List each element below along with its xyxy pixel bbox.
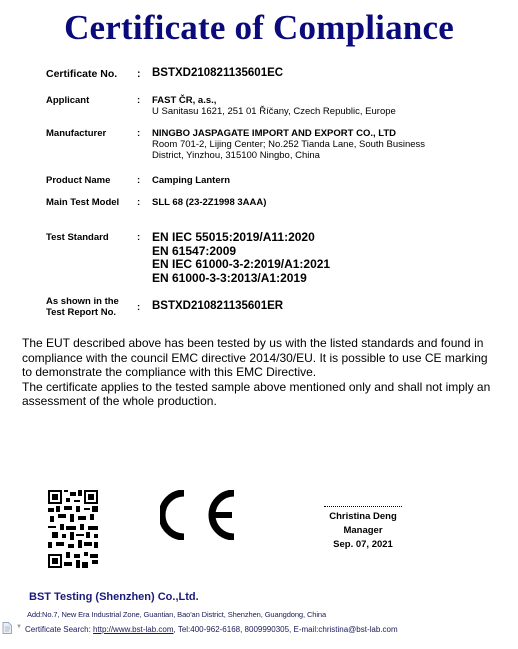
statement-paragraph-1: The EUT described above has been tested … [22,336,492,380]
applicant-label: Applicant [46,95,134,106]
certificate-number-label: Certificate No. [46,68,134,80]
signatory-name: Christina Deng [318,510,408,524]
applicant-value: FAST ČR, a.s., U Sanitasu 1621, 251 01 Ř… [152,95,396,117]
manufacturer-label: Manufacturer [46,128,134,139]
certificate-search-label: Certificate Search: [25,625,91,634]
main-test-model-label: Main Test Model [46,197,134,208]
statement-paragraph-2: The certificate applies to the tested sa… [22,380,492,409]
test-report-value: BSTXD210821135601ER [152,300,283,312]
applicant-address: U Sanitasu 1621, 251 01 Říčany, Czech Re… [152,106,396,117]
product-name-label: Product Name [46,175,134,186]
ce-mark-icon [160,490,238,540]
main-test-model-value: SLL 68 (23-2Z1998 3AAA) [152,197,266,208]
page-title: Certificate of Compliance [0,8,518,48]
test-standard-item: EN IEC 61000-3-2:2019/A1:2021 [152,258,330,272]
document-icon[interactable] [2,622,12,634]
colon: : [137,197,140,208]
manufacturer-value: NINGBO JASPAGATE IMPORT AND EXPORT CO., … [152,128,425,161]
test-report-label-line2: Test Report No. [46,307,134,318]
footer-company-name: BST Testing (Shenzhen) Co.,Ltd. [29,591,199,603]
signature-line [324,506,402,508]
compliance-statement: The EUT described above has been tested … [22,336,492,409]
product-name-value: Camping Lantern [152,175,230,186]
test-standard-item: EN IEC 55015:2019/A11:2020 [152,231,330,245]
footer-contact-line: Certificate Search: http://www.bst-lab.c… [25,625,398,634]
qr-code-icon [48,490,98,568]
chevron-down-icon[interactable]: ▼ [16,624,22,630]
applicant-name: FAST ČR, a.s., [152,95,396,106]
test-standard-list: EN IEC 55015:2019/A11:2020 EN 61547:2009… [152,231,330,285]
footer-contact: , Tel:400-962-6168, 8009990305, E-mail:c… [174,625,398,634]
manufacturer-address-line2: District, Yinzhou, 315100 Ningbo, China [152,150,425,161]
test-standard-label: Test Standard [46,232,134,243]
test-report-label: As shown in the Test Report No. [46,296,134,318]
signature-date: Sep. 07, 2021 [318,538,408,552]
certificate-search-link[interactable]: http://www.bst-lab.com [93,625,173,634]
colon: : [137,68,141,80]
colon: : [137,302,140,313]
colon: : [137,232,140,243]
colon: : [137,175,140,186]
manufacturer-address-line1: Room 701-2, Lijing Center; No.252 Tianda… [152,139,425,150]
manufacturer-name: NINGBO JASPAGATE IMPORT AND EXPORT CO., … [152,128,425,139]
test-report-label-line1: As shown in the [46,296,134,307]
signatory-role: Manager [318,524,408,538]
certificate-number-value: BSTXD210821135601EC [152,67,283,79]
colon: : [137,128,140,139]
test-standard-item: EN 61547:2009 [152,245,330,259]
signature-block: Christina Deng Manager Sep. 07, 2021 [318,506,408,552]
test-standard-item: EN 61000-3-3:2013/A1:2019 [152,272,330,286]
colon: : [137,95,140,106]
footer-address: Add:No.7, New Era Industrial Zone, Guant… [27,610,326,619]
